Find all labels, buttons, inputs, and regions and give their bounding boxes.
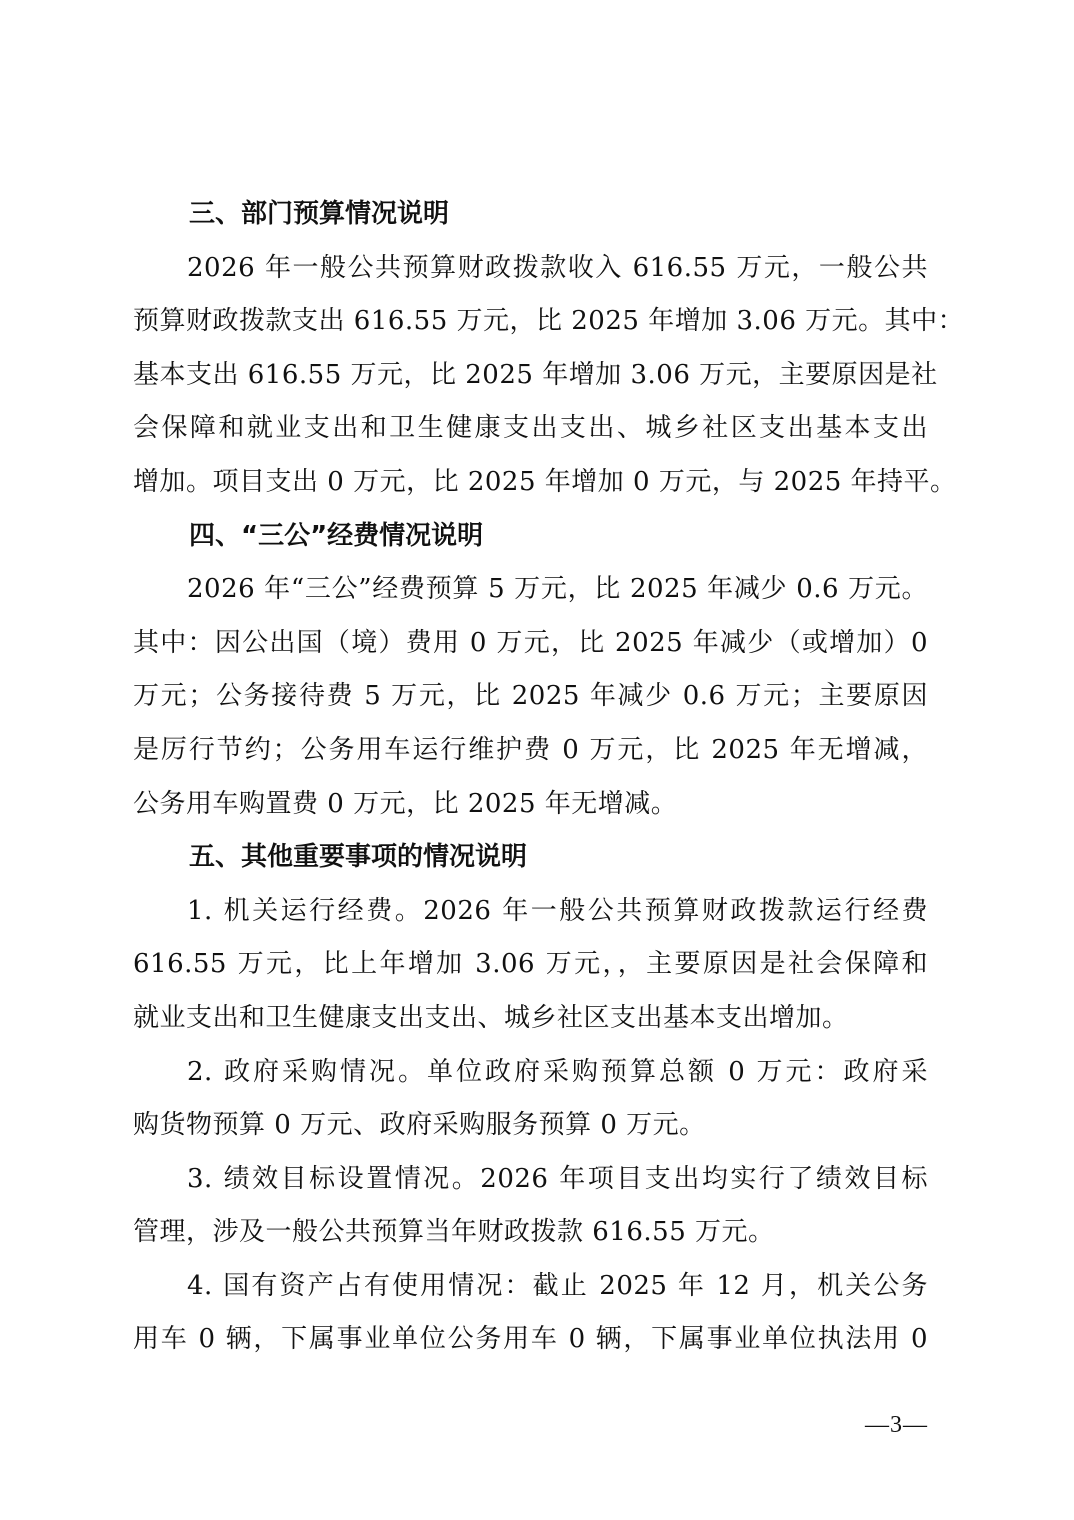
section-heading-other-matters: 五、其他重要事项的情况说明 — [133, 831, 928, 885]
paragraph-line: 4. 国有资产占有使用情况：截止 2025 年 12 月，机关公务 — [133, 1260, 928, 1314]
paragraph-line: 就业支出和卫生健康支出支出、城乡社区支出基本支出增加。 — [133, 992, 928, 1046]
paragraph-line: 3. 绩效目标设置情况。2026 年项目支出均实行了绩效目标 — [133, 1153, 928, 1207]
paragraph-line: 1. 机关运行经费。2026 年一般公共预算财政拨款运行经费 — [133, 885, 928, 939]
paragraph-line: 2026 年“三公”经费预算 5 万元，比 2025 年减少 0.6 万元。 — [133, 563, 928, 617]
paragraph-line: 其中：因公出国（境）费用 0 万元，比 2025 年减少（或增加）0 — [133, 617, 928, 671]
paragraph-line: 2. 政府采购情况。单位政府采购预算总额 0 万元：政府采 — [133, 1046, 928, 1100]
section-heading-three-public: 四、“三公”经费情况说明 — [133, 510, 928, 564]
paragraph-line: 基本支出 616.55 万元，比 2025 年增加 3.06 万元，主要原因是社 — [133, 349, 928, 403]
page-number: —3— — [865, 1412, 928, 1439]
document-page: 三、部门预算情况说明 2026 年一般公共预算财政拨款收入 616.55 万元，… — [133, 188, 928, 1367]
paragraph-line: 增加。项目支出 0 万元，比 2025 年增加 0 万元，与 2025 年持平。 — [133, 456, 928, 510]
paragraph-line: 公务用车购置费 0 万元，比 2025 年无增减。 — [133, 778, 928, 832]
paragraph-line: 万元；公务接待费 5 万元，比 2025 年减少 0.6 万元；主要原因 — [133, 670, 928, 724]
paragraph-line: 预算财政拨款支出 616.55 万元，比 2025 年增加 3.06 万元。其中… — [133, 295, 928, 349]
paragraph-line: 616.55 万元，比上年增加 3.06 万元，，主要原因是社会保障和 — [133, 938, 928, 992]
paragraph-line: 2026 年一般公共预算财政拨款收入 616.55 万元，一般公共 — [133, 242, 928, 296]
paragraph-line: 购货物预算 0 万元、政府采购服务预算 0 万元。 — [133, 1099, 928, 1153]
paragraph-line: 管理，涉及一般公共预算当年财政拨款 616.55 万元。 — [133, 1206, 928, 1260]
paragraph-line: 用车 0 辆，下属事业单位公务用车 0 辆，下属事业单位执法用 0 — [133, 1313, 928, 1367]
paragraph-line: 会保障和就业支出和卫生健康支出支出、城乡社区支出基本支出 — [133, 402, 928, 456]
paragraph-line: 是厉行节约；公务用车运行维护费 0 万元，比 2025 年无增减， — [133, 724, 928, 778]
section-heading-budget: 三、部门预算情况说明 — [133, 188, 928, 242]
